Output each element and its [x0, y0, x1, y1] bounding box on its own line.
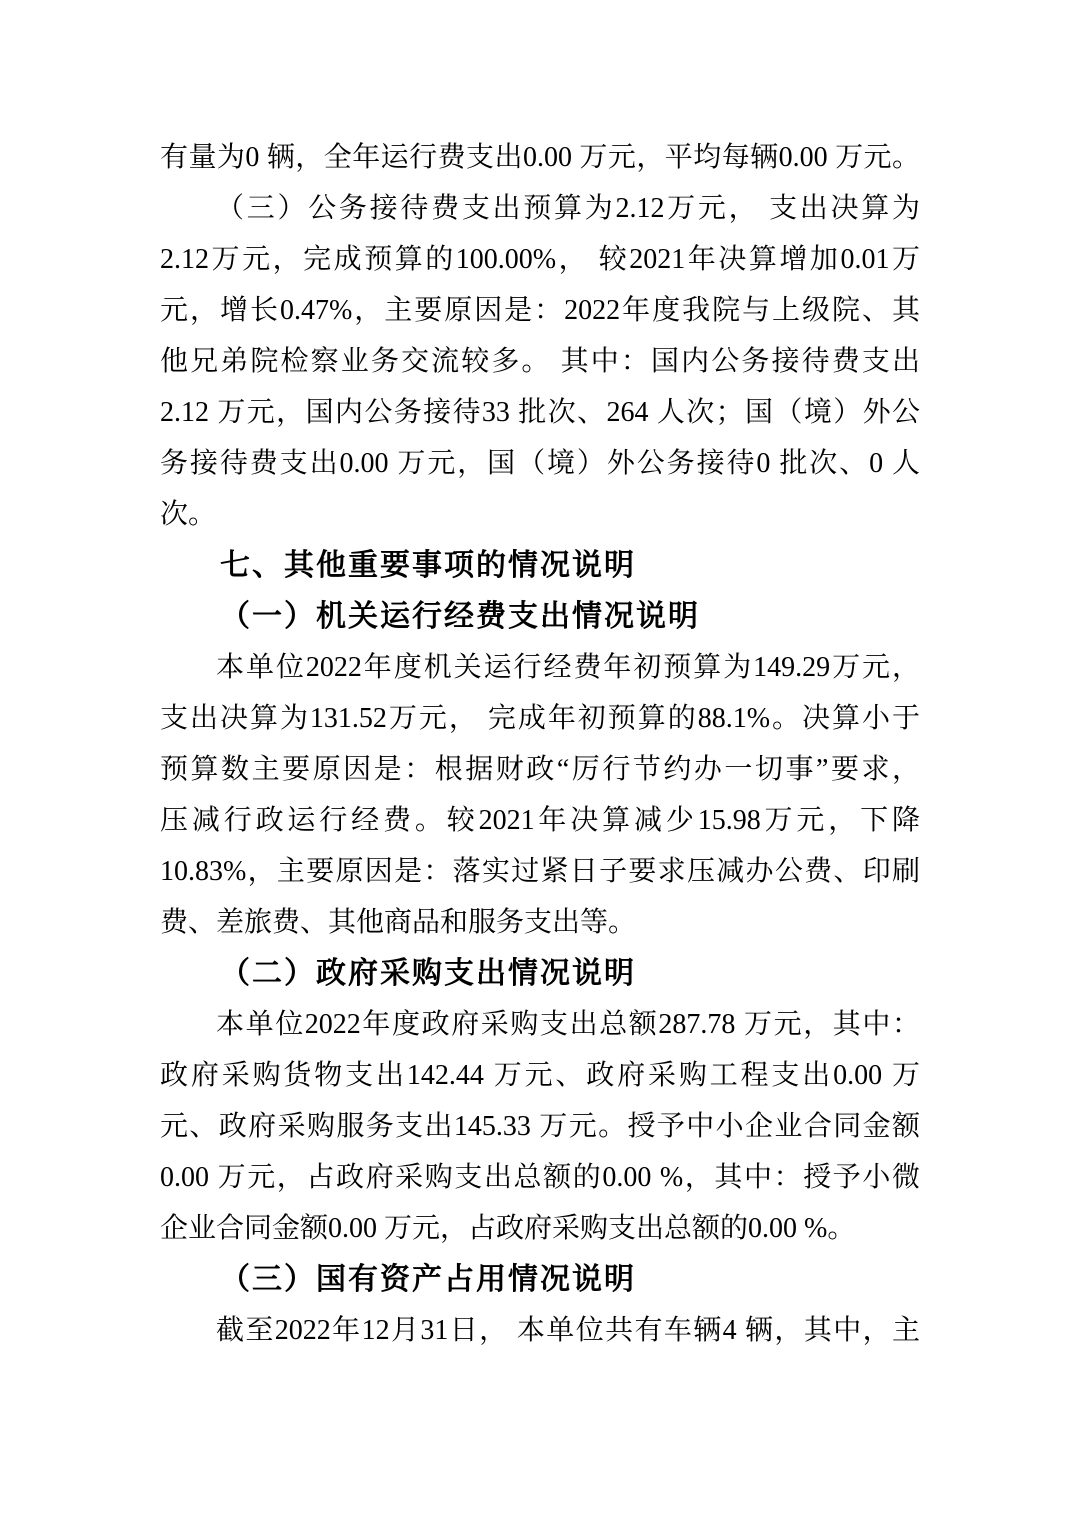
text-line: 他兄弟院检察业务交流较多。 其中：国内公务接待费支出 — [160, 336, 920, 387]
section-heading: （三）国有资产占用情况说明 — [160, 1254, 920, 1305]
text-line: 10.83%，主要原因是：落实过紧日子要求压减办公费、印刷 — [160, 846, 920, 897]
text-line: 支出决算为131.52万元， 完成年初预算的88.1%。决算小于 — [160, 693, 920, 744]
text-line: 务接待费支出0.00 万元，国（境）外公务接待0 批次、0 人 — [160, 438, 920, 489]
text-line: 2.12万元，完成预算的100.00%， 较2021年决算增加0.01万 — [160, 234, 920, 285]
text-line: 元，增长0.47%，主要原因是：2022年度我院与上级院、其 — [160, 285, 920, 336]
text-line: 政府采购货物支出142.44 万元、政府采购工程支出0.00 万 — [160, 1050, 920, 1101]
document-page: 有量为0 辆，全年运行费支出0.00 万元，平均每辆0.00 万元。（三）公务接… — [0, 0, 1075, 1520]
text-line: 压减行政运行经费。较2021年决算减少15.98万元，下降 — [160, 795, 920, 846]
document-content: 有量为0 辆，全年运行费支出0.00 万元，平均每辆0.00 万元。（三）公务接… — [160, 132, 920, 1356]
text-line: 本单位2022年度政府采购支出总额287.78 万元，其中： — [160, 999, 920, 1050]
text-line: 企业合同金额0.00 万元，占政府采购支出总额的0.00 %。 — [160, 1203, 920, 1254]
section-heading: （一）机关运行经费支出情况说明 — [160, 591, 920, 642]
text-line: 有量为0 辆，全年运行费支出0.00 万元，平均每辆0.00 万元。 — [160, 132, 920, 183]
text-line: 费、差旅费、其他商品和服务支出等。 — [160, 897, 920, 948]
text-line: 0.00 万元，占政府采购支出总额的0.00 %，其中：授予小微 — [160, 1152, 920, 1203]
text-line: 次。 — [160, 489, 920, 540]
section-heading: （二）政府采购支出情况说明 — [160, 948, 920, 999]
section-heading: 七、其他重要事项的情况说明 — [160, 540, 920, 591]
text-line: 预算数主要原因是：根据财政“厉行节约办一切事”要求， — [160, 744, 920, 795]
text-line: 本单位2022年度机关运行经费年初预算为149.29万元， — [160, 642, 920, 693]
text-line: 截至2022年12月31日， 本单位共有车辆4 辆，其中，主 — [160, 1305, 920, 1356]
text-line: （三）公务接待费支出预算为2.12万元， 支出决算为 — [160, 183, 920, 234]
text-line: 2.12 万元，国内公务接待33 批次、264 人次；国（境）外公 — [160, 387, 920, 438]
text-line: 元、政府采购服务支出145.33 万元。授予中小企业合同金额 — [160, 1101, 920, 1152]
